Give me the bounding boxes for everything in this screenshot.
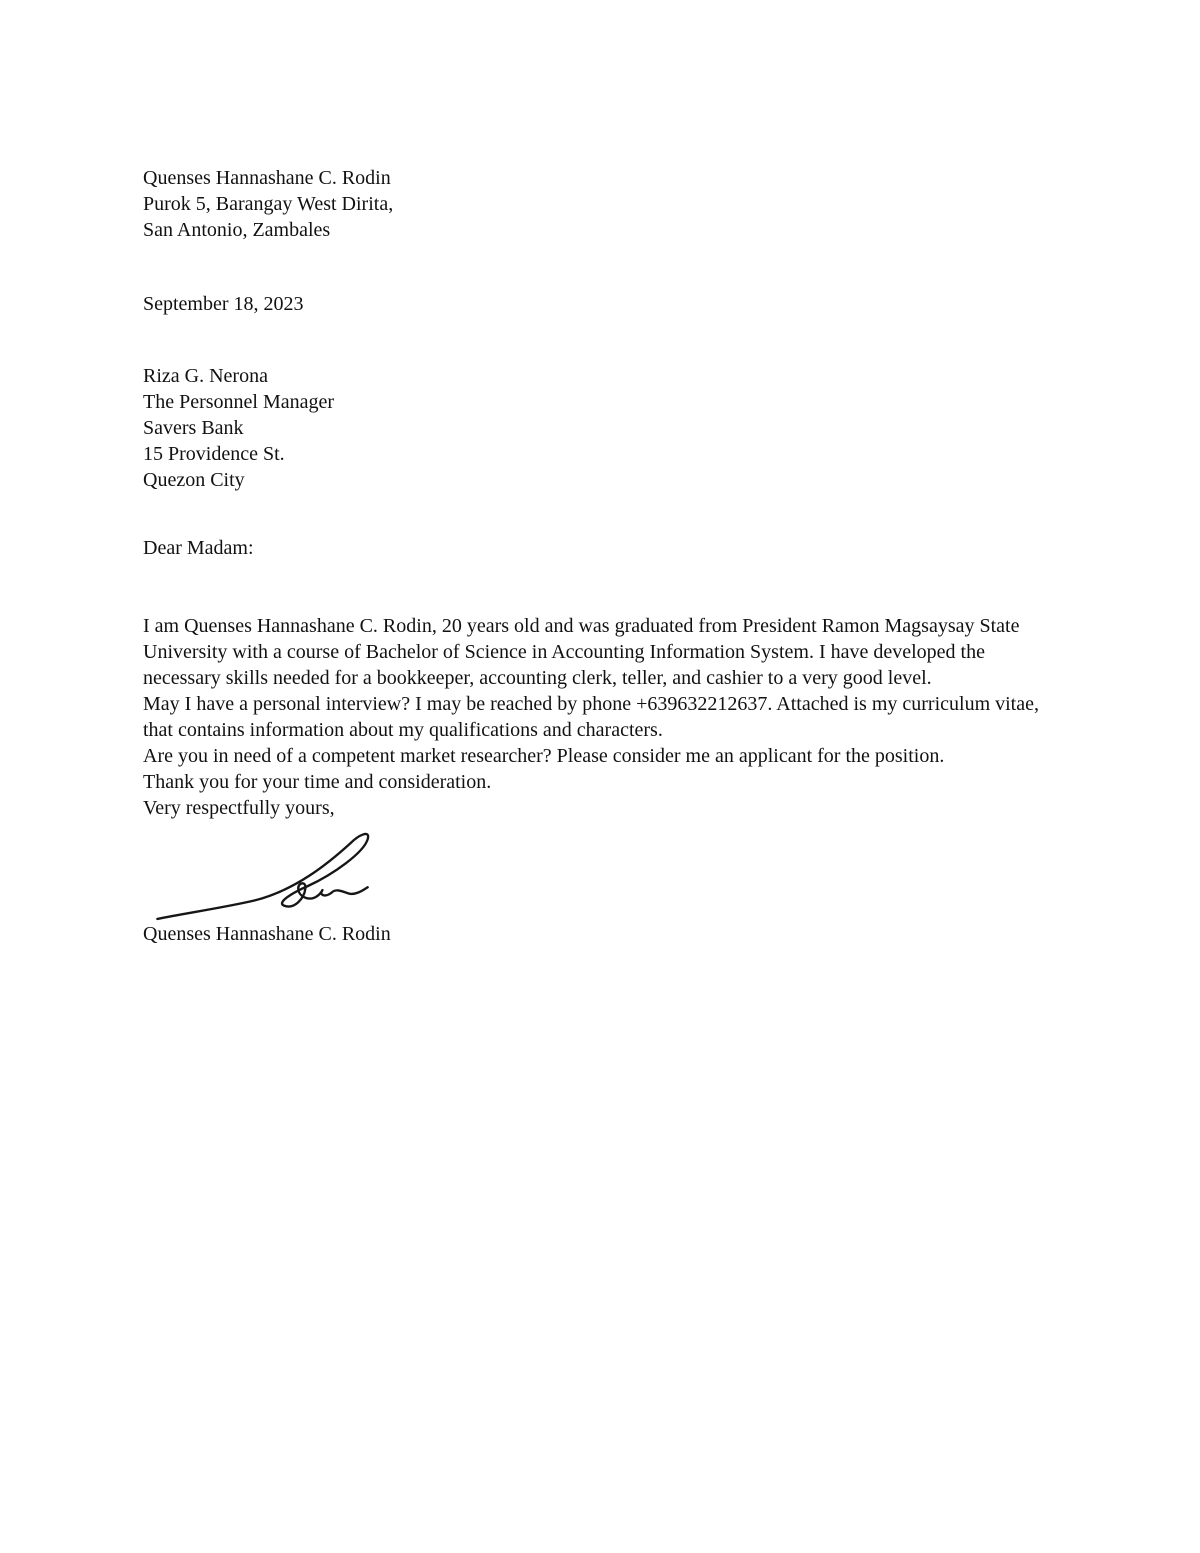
closing-phrase: Very respectfully yours, [143,795,1052,821]
letter-content: Quenses Hannashane C. Rodin Purok 5, Bar… [143,165,1052,947]
sender-address-line1: Purok 5, Barangay West Dirita, [143,191,1052,217]
sender-name: Quenses Hannashane C. Rodin [143,165,1052,191]
signature-area [143,821,1052,921]
salutation: Dear Madam: [143,535,1052,561]
recipient-address-block: Riza G. Nerona The Personnel Manager Sav… [143,363,1052,493]
sender-address-block: Quenses Hannashane C. Rodin Purok 5, Bar… [143,165,1052,243]
body-paragraph-3: Are you in need of a competent market re… [143,743,1052,769]
handwritten-signature-icon [151,825,373,923]
letter-date: September 18, 2023 [143,291,1052,317]
sender-address-line2: San Antonio, Zambales [143,217,1052,243]
recipient-street: 15 Providence St. [143,441,1052,467]
recipient-city: Quezon City [143,467,1052,493]
application-letter-page: Quenses Hannashane C. Rodin Purok 5, Bar… [0,0,1200,1553]
body-paragraph-4: Thank you for your time and consideratio… [143,769,1052,795]
recipient-title: The Personnel Manager [143,389,1052,415]
recipient-name: Riza G. Nerona [143,363,1052,389]
body-paragraph-1: I am Quenses Hannashane C. Rodin, 20 yea… [143,613,1052,691]
body-paragraph-2: May I have a personal interview? I may b… [143,691,1052,743]
signature-name: Quenses Hannashane C. Rodin [143,921,1052,947]
recipient-company: Savers Bank [143,415,1052,441]
